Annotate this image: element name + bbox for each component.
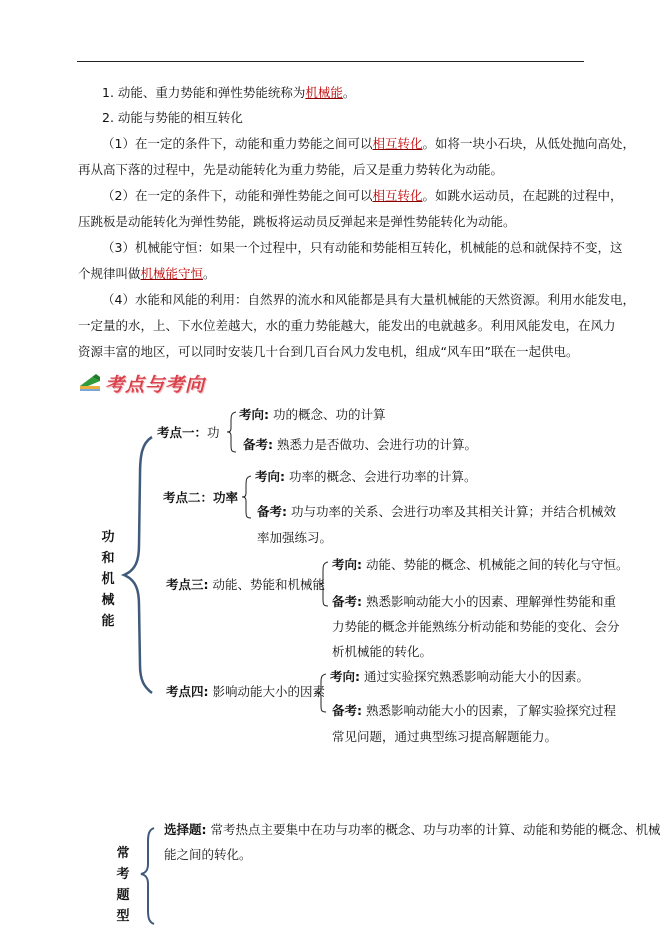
text: 。如跳水运动员，在起跳的过程中， xyxy=(422,188,622,203)
point-topic: 功 xyxy=(207,425,220,440)
exam-direction-3: 考向: 动能、势能的概念、机械能之间的转化与守恒。 xyxy=(332,557,629,573)
root-char: 型 xyxy=(115,906,131,927)
p1-text: 1. 动能、重力势能和弹性势能统称为 xyxy=(102,85,305,100)
direction-text: 通过实验探究熟悉影响动能大小的因素。 xyxy=(364,669,589,684)
exam-prep-3-cont: 析机械能的转化。 xyxy=(332,644,432,660)
exam-point-4: 考点四: 影响动能大小的因素 xyxy=(166,684,325,700)
question-type-label: 选择题: xyxy=(164,822,207,837)
prep-text: 熟悉影响动能大小的因素，了解实验探究过程 xyxy=(366,703,616,718)
tree-root-label: 功 和 机 械 能 xyxy=(100,527,116,632)
exam-point-2: 考点二：功率 xyxy=(163,490,238,506)
direction-text: 功的概念、功的计算 xyxy=(273,407,386,422)
exam-prep-2-cont: 率加强练习。 xyxy=(257,530,332,546)
direction-label: 考向: xyxy=(330,669,360,684)
root-char: 机 xyxy=(100,569,116,590)
paragraph-4-line-1: （2）在一定的条件下，动能和弹性势能之间可以相互转化。如跳水运动员，在起跳的过程… xyxy=(102,188,623,204)
exam-direction-1: 考向: 功的概念、功的计算 xyxy=(239,407,386,423)
question-type-1-cont: 能之间的转化。 xyxy=(164,847,252,863)
question-type-1: 选择题: 常考热点主要集中在功与功率的概念、功与功率的计算、动能和势能的概念、机… xyxy=(164,822,661,838)
brace-icon xyxy=(318,560,330,608)
root-char: 常 xyxy=(115,843,131,864)
text: 个规律叫做 xyxy=(78,266,141,281)
root-char: 械 xyxy=(100,590,116,611)
paragraph-5-line-2: 个规律叫做机械能守恒。 xyxy=(78,266,216,282)
paragraph-6-line-1: （4）水能和风能的利用：自然界的流水和风能都是具有大量机械能的天然资源。利用水能… xyxy=(102,292,635,308)
p1-suffix: 。 xyxy=(343,85,356,100)
paragraph-3-line-1: （1）在一定的条件下，动能和重力势能之间可以相互转化。如将一块小石块，从低处抛向… xyxy=(102,136,635,152)
paragraph-6-line-3: 资源丰富的地区，可以同时安装几十台到几百台风力发电机，组成“风车田”联在一起供电… xyxy=(78,344,578,360)
text: 。如将一块小石块，从低处抛向高处， xyxy=(422,136,635,151)
prep-text: 熟悉影响动能大小的因素、理解弹性势能和重 xyxy=(366,594,616,609)
paragraph-6-line-2: 一定量的水，上、下水位差越大，水的重力势能越大，能发出的电就越多。利用风能发电，… xyxy=(78,318,616,334)
prep-text: 熟悉力是否做功、会进行功的计算。 xyxy=(277,437,477,452)
key-term: 相互转化 xyxy=(372,188,422,203)
book-pen-icon xyxy=(78,373,102,393)
brace-icon xyxy=(226,410,238,454)
header-rule xyxy=(77,61,584,62)
text: 。 xyxy=(203,266,216,281)
root-char: 能 xyxy=(100,611,116,632)
exam-prep-2: 备考: 功与功率的关系、会进行功率及其相关计算；并结合机械效 xyxy=(257,504,616,520)
root-char: 和 xyxy=(100,548,116,569)
brace-icon xyxy=(241,474,253,520)
paragraph-5-line-1: （3）机械能守恒：如果一个过程中，只有动能和势能相互转化，机械能的总和就保持不变… xyxy=(102,240,622,256)
section-heading: 考点与考向 xyxy=(78,370,205,396)
question-type-text: 常考热点主要集中在功与功率的概念、功与功率的计算、动能和势能的概念、机械 xyxy=(210,822,660,837)
exam-direction-4: 考向: 通过实验探究熟悉影响动能大小的因素。 xyxy=(330,669,589,685)
direction-label: 考向: xyxy=(255,469,285,484)
exam-prep-4-cont: 常见问题，通过典型练习提高解题能力。 xyxy=(332,729,557,745)
point-label: 考点二： xyxy=(163,490,213,505)
big-brace-icon xyxy=(118,435,158,695)
key-term: 机械能守恒 xyxy=(141,266,204,281)
paragraph-2: 2. 动能与势能的相互转化 xyxy=(102,110,243,126)
exam-point-3: 考点三: 动能、势能和机械能 xyxy=(166,577,325,593)
point-label: 考点一： xyxy=(157,425,207,440)
direction-label: 考向: xyxy=(239,407,269,422)
prep-label: 备考: xyxy=(332,594,362,609)
prep-text: 功与功率的关系、会进行功率及其相关计算；并结合机械效 xyxy=(291,504,616,519)
brace-icon xyxy=(316,672,328,714)
key-term: 相互转化 xyxy=(372,136,422,151)
text: （2）在一定的条件下，动能和弹性势能之间可以 xyxy=(102,188,372,203)
prep-label: 备考: xyxy=(257,504,287,519)
root-char: 功 xyxy=(100,527,116,548)
point-topic: 动能、势能和机械能 xyxy=(212,577,325,592)
root-char: 考 xyxy=(115,864,131,885)
point-label: 考点四: xyxy=(166,684,209,699)
direction-text: 功率的概念、会进行功率的计算。 xyxy=(289,469,477,484)
prep-label: 备考: xyxy=(332,703,362,718)
section-title: 考点与考向 xyxy=(105,370,205,397)
exam-point-1: 考点一：功 xyxy=(157,425,220,441)
prep-label: 备考: xyxy=(243,437,273,452)
text: （1）在一定的条件下，动能和重力势能之间可以 xyxy=(102,136,372,151)
exam-prep-3: 备考: 熟悉影响动能大小的因素、理解弹性势能和重 xyxy=(332,594,616,610)
key-term: 机械能 xyxy=(305,85,343,100)
paragraph-1: 1. 动能、重力势能和弹性势能统称为机械能。 xyxy=(102,85,355,101)
exam-prep-3-cont: 力势能的概念并能熟练分析动能和势能的变化、会分 xyxy=(332,619,620,635)
direction-label: 考向: xyxy=(332,557,362,572)
big-brace-icon xyxy=(138,826,158,926)
point-topic: 功率 xyxy=(213,490,238,505)
exam-direction-2: 考向: 功率的概念、会进行功率的计算。 xyxy=(255,469,477,485)
paragraph-3-line-2: 再从高下落的过程中，先是动能转化为重力势能，后又是重力势转化为动能。 xyxy=(78,162,503,178)
point-label: 考点三: xyxy=(166,577,209,592)
direction-text: 动能、势能的概念、机械能之间的转化与守恒。 xyxy=(366,557,629,572)
paragraph-4-line-2: 压跳板是动能转化为弹性势能，跳板将运动员反弹起来是弹性势能转化为动能。 xyxy=(78,214,516,230)
exam-prep-1: 备考: 熟悉力是否做功、会进行功的计算。 xyxy=(243,437,477,453)
tree-root-label: 常 考 题 型 xyxy=(115,843,131,927)
root-char: 题 xyxy=(115,885,131,906)
point-topic: 影响动能大小的因素 xyxy=(212,684,325,699)
exam-prep-4: 备考: 熟悉影响动能大小的因素，了解实验探究过程 xyxy=(332,703,616,719)
